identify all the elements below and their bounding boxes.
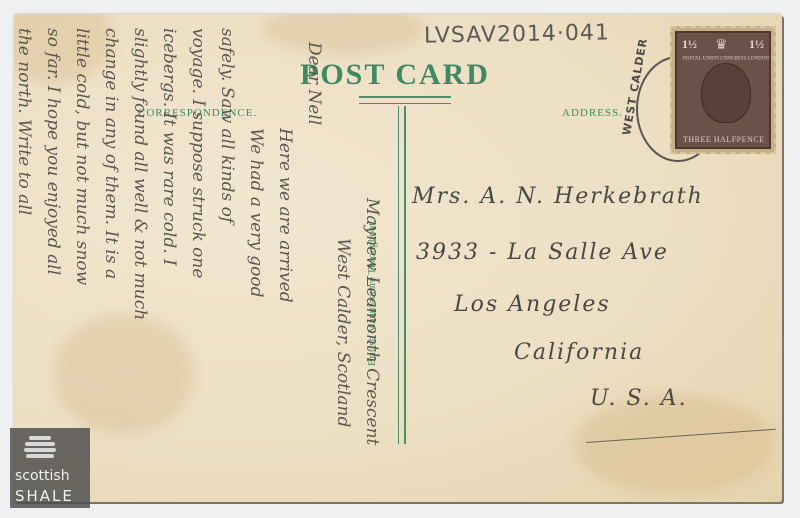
stamp-bottom-text: THREE HALFPENCE: [683, 135, 765, 144]
watermark-word-scottish: scottish: [15, 468, 70, 484]
message-line: change in any of them. It is a: [96, 28, 125, 498]
message-line: We had a very good: [241, 28, 270, 498]
stamp-value-right: 1½: [749, 37, 764, 52]
message-line: safely. Saw all kinds of: [212, 28, 241, 498]
address-line-2: 3933 - La Salle Ave: [416, 240, 669, 265]
king-portrait-icon: [701, 63, 751, 123]
postcard: POST CARD CORRESPONDENCE. ADDRESS. Briti…: [14, 14, 782, 502]
message-line: West Calder, Scotland: [328, 28, 357, 498]
address-line-3: Los Angeles: [454, 292, 611, 317]
postage-stamp: 1½ 1½ ♛ POSTAL UNION CONGRESS LONDON 192…: [670, 26, 776, 154]
address-line-5: U. S. A.: [590, 386, 688, 411]
message-line: icebergs. It was rare cold. I: [154, 28, 183, 498]
message-line: Maynew Leamonth Crescent: [357, 28, 386, 498]
scottish-shale-watermark: scottish SHALE: [10, 428, 90, 508]
divider-vertical: [398, 106, 406, 444]
message-line: voyage. I suppose struck one: [183, 28, 212, 498]
address-line-4: California: [514, 340, 644, 365]
address-line-1: Mrs. A. N. Herkebrath: [412, 184, 704, 209]
watermark-word-shale: SHALE: [15, 487, 74, 505]
stamp-value-left: 1½: [682, 37, 697, 52]
archive-reference: LVSAV2014·041: [424, 20, 610, 48]
message-line: Here we are arrived: [270, 28, 299, 498]
crown-icon: ♛: [715, 37, 728, 54]
message-line: Dear Nell: [299, 28, 328, 498]
stamp-arc-text: POSTAL UNION CONGRESS LONDON 1929: [683, 55, 780, 61]
address-label: ADDRESS.: [562, 107, 623, 119]
message-line: slightly found all well & not much: [125, 28, 154, 498]
scottish-shale-logo-icon: [24, 436, 56, 464]
